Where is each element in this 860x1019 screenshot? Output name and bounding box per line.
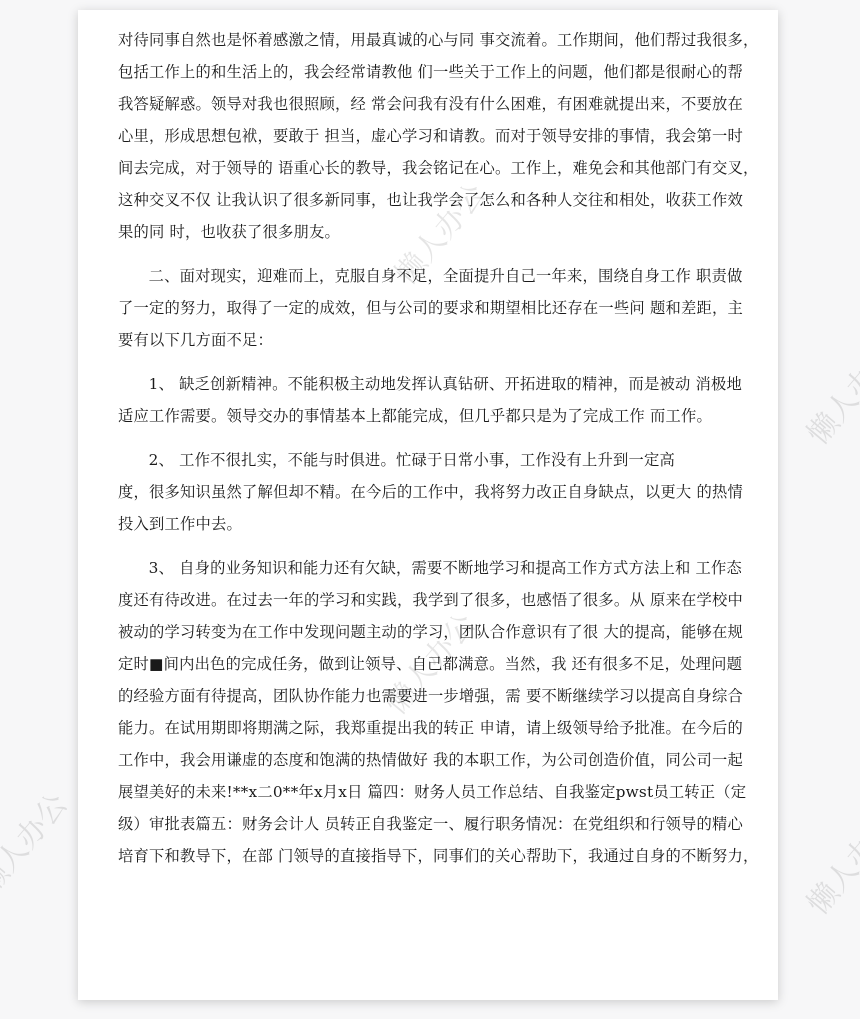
text-line: 定时■间内出色的完成任务，做到让领导、自己都满意。当然，我 还有很多不足，处理问…: [118, 648, 740, 680]
text-line: 度还有待改进。在过去一年的学习和实践，我学到了很多，也感悟了很多。从 原来在学校…: [118, 584, 740, 616]
text-line: 间去完成，对于领导的 语重心长的教导，我会铭记在心。工作上，难免会和其他部门有交…: [118, 152, 740, 184]
text-line: 二、面对现实，迎难而上，克服自身不足，全面提升自己一年来，围绕自身工作 职责做: [118, 260, 740, 292]
text-line: 3、 自身的业务知识和能力还有欠缺，需要不断地学习和提高工作方式方法上和 工作态: [118, 552, 740, 584]
watermark: 懒人办公: [795, 332, 860, 452]
watermark: 懒人办公: [795, 802, 860, 922]
text-line: 1、 缺乏创新精神。不能积极主动地发挥认真钻研、开拓进取的精神，而是被动 消极地: [118, 368, 740, 400]
watermark: 懒人办公: [0, 782, 75, 902]
text-line: 对待同事自然也是怀着感激之情，用最真诚的心与同 事交流着。工作期间，他们帮过我很…: [118, 24, 740, 56]
paragraph-1: 对待同事自然也是怀着感激之情，用最真诚的心与同 事交流着。工作期间，他们帮过我很…: [118, 24, 740, 248]
text-line: 的经验方面有待提高，团队协作能力也需要进一步增强，需 要不断继续学习以提高自身综…: [118, 680, 740, 712]
text-line: 心里，形成思想包袱，要敢于 担当，虚心学习和请教。而对于领导安排的事情，我会第一…: [118, 120, 740, 152]
paragraph-2: 二、面对现实，迎难而上，克服自身不足，全面提升自己一年来，围绕自身工作 职责做 …: [118, 260, 740, 356]
paragraph-4: 2、 工作不很扎实，不能与时俱进。忙碌于日常小事，工作没有上升到一定高 度，很多…: [118, 444, 740, 540]
document-body: 对待同事自然也是怀着感激之情，用最真诚的心与同 事交流着。工作期间，他们帮过我很…: [118, 24, 740, 884]
text-line: 被动的学习转变为在工作中发现问题主动的学习，团队合作意识有了很 大的提高，能够在…: [118, 616, 740, 648]
text-line: 度，很多知识虽然了解但却不精。在今后的工作中，我将努力改正自身缺点，以更大 的热…: [118, 476, 740, 508]
text-line: 适应工作需要。领导交办的事情基本上都能完成，但几乎都只是为了完成工作 而工作。: [118, 400, 740, 432]
text-line: 能力。在试用期即将期满之际，我郑重提出我的转正 申请，请上级领导给予批准。在今后…: [118, 712, 740, 744]
document-page: 对待同事自然也是怀着感激之情，用最真诚的心与同 事交流着。工作期间，他们帮过我很…: [78, 10, 778, 1000]
paragraph-5: 3、 自身的业务知识和能力还有欠缺，需要不断地学习和提高工作方式方法上和 工作态…: [118, 552, 740, 872]
text-line: 我答疑解惑。领导对我也很照顾，经 常会问我有没有什么困难，有困难就提出来，不要放…: [118, 88, 740, 120]
text-line: 了一定的努力，取得了一定的成效，但与公司的要求和期望相比还存在一些问 题和差距，…: [118, 292, 740, 324]
text-line: 2、 工作不很扎实，不能与时俱进。忙碌于日常小事，工作没有上升到一定高: [118, 444, 740, 476]
text-line: 要有以下几方面不足：: [118, 324, 740, 356]
text-line: 工作中，我会用谦虚的态度和饱满的热情做好 我的本职工作，为公司创造价值，同公司一…: [118, 744, 740, 776]
text-line: 包括工作上的和生活上的，我会经常请教他 们一些关于工作上的问题，他们都是很耐心的…: [118, 56, 740, 88]
paragraph-3: 1、 缺乏创新精神。不能积极主动地发挥认真钻研、开拓进取的精神，而是被动 消极地…: [118, 368, 740, 432]
text-line: 投入到工作中去。: [118, 508, 740, 540]
text-line: 培育下和教导下，在部 门领导的直接指导下，同事们的关心帮助下，我通过自身的不断努…: [118, 840, 740, 872]
text-line: 这种交叉不仅 让我认识了很多新同事，也让我学会了怎么和各种人交往和相处，收获工作…: [118, 184, 740, 216]
text-line: 展望美好的未来!**x二0**年x月x日 篇四：财务人员工作总结、自我鉴定pws…: [118, 776, 740, 808]
text-line: 级）审批表篇五：财务会计人 员转正自我鉴定一、履行职务情况：在党组织和行领导的精…: [118, 808, 740, 840]
text-line: 果的同 时，也收获了很多朋友。: [118, 216, 740, 248]
